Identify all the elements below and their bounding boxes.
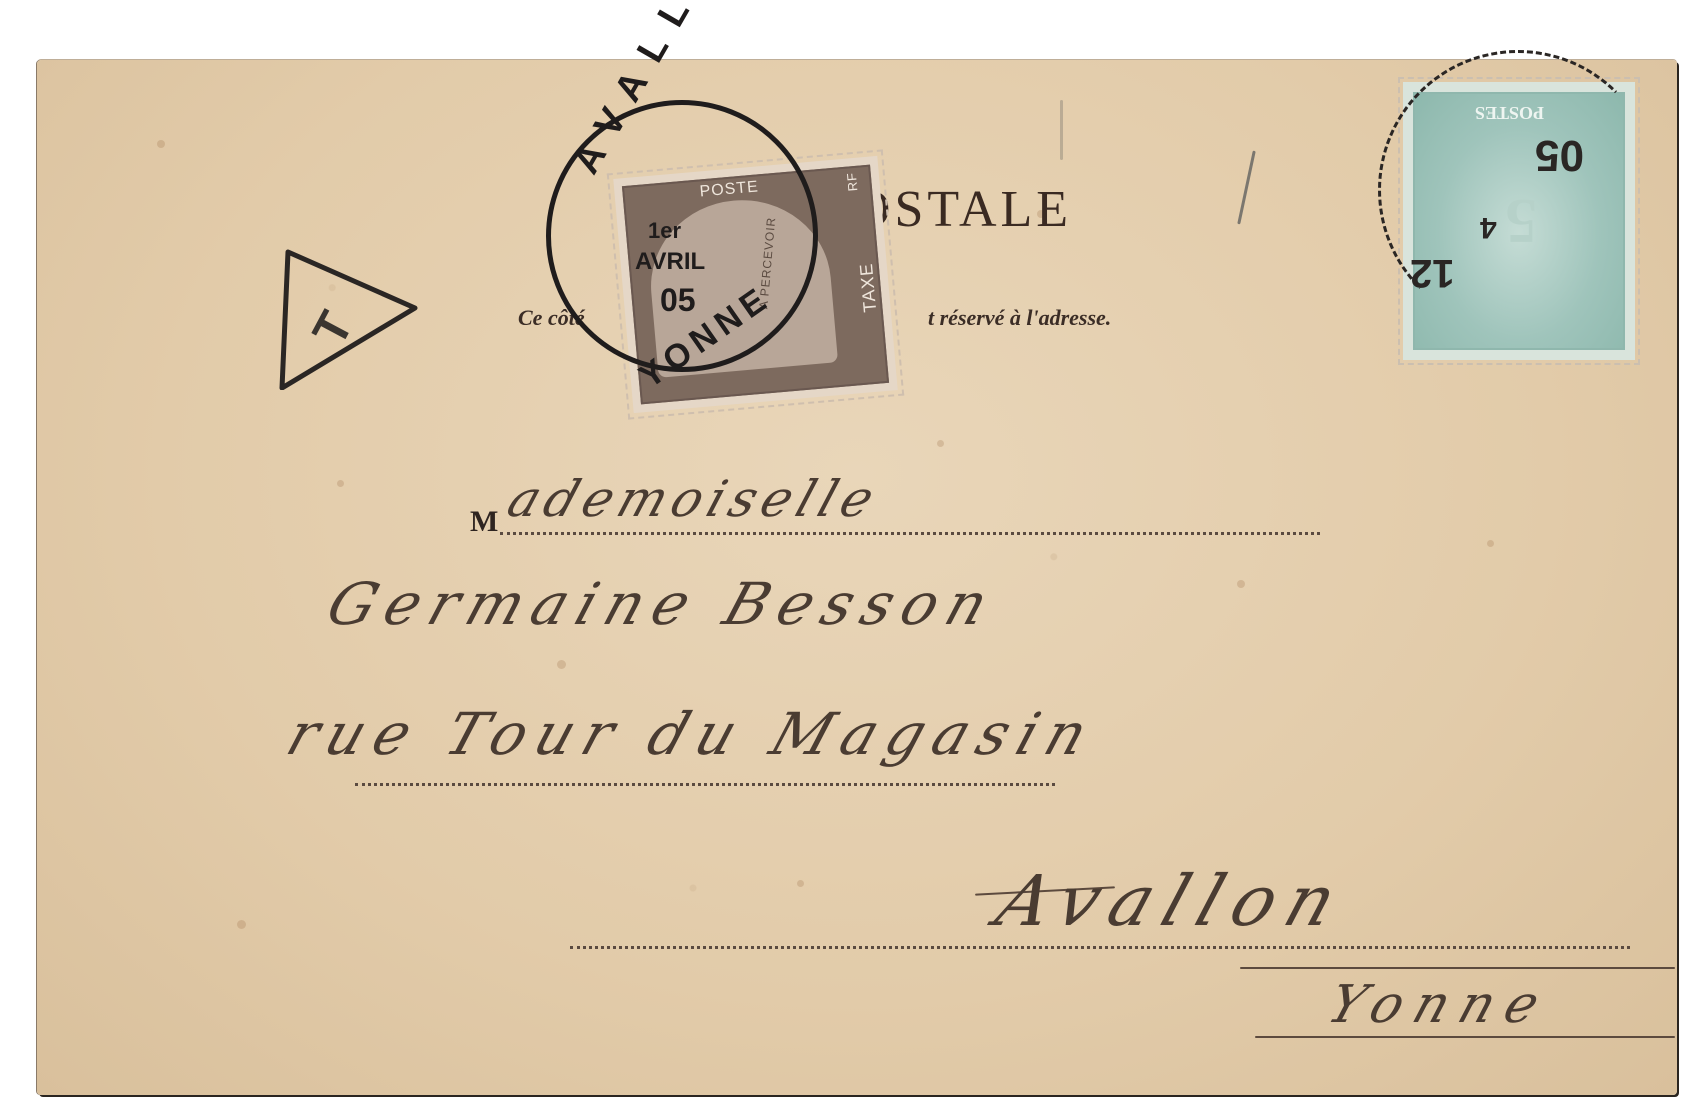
address-line-4	[570, 946, 1630, 949]
foxing-spot	[237, 920, 246, 929]
cancel-day: 12	[1410, 250, 1455, 295]
handwritten-city: Avallon	[987, 860, 1359, 942]
cancel-year: 05	[1535, 130, 1584, 180]
foxing-spot	[557, 660, 566, 669]
foxing-spot	[937, 440, 944, 447]
card-subheader-right: t réservé à l'adresse.	[928, 305, 1111, 331]
address-prefix: M	[470, 505, 498, 539]
handwritten-salutation: ademoiselle	[501, 470, 888, 528]
address-line-1	[500, 532, 1320, 535]
stamp-side-label: TAXE	[856, 262, 881, 313]
foxing-spot	[797, 880, 804, 887]
postage-due-triangle-icon: T	[270, 240, 420, 390]
foxing-spot	[1487, 540, 1494, 547]
foxing-spot	[337, 480, 344, 487]
postmark-month: AVRIL	[635, 248, 705, 276]
foxing-spot	[157, 140, 165, 148]
postmark-year: 05	[660, 282, 696, 319]
underline-flourish	[1240, 967, 1675, 969]
handwritten-street: rue Tour du Magasin	[279, 700, 1106, 768]
cancel-month: 4	[1480, 210, 1497, 244]
handwritten-department: Yonne	[1320, 975, 1558, 1035]
handwritten-name: Germaine Besson	[319, 570, 1006, 638]
postmark-day: 1er	[648, 218, 681, 244]
stamp-corner-label: RF	[844, 171, 861, 192]
address-line-3	[355, 783, 1055, 786]
underline-flourish	[1255, 1036, 1675, 1038]
pencil-mark	[1060, 100, 1063, 160]
foxing-spot	[1237, 580, 1245, 588]
